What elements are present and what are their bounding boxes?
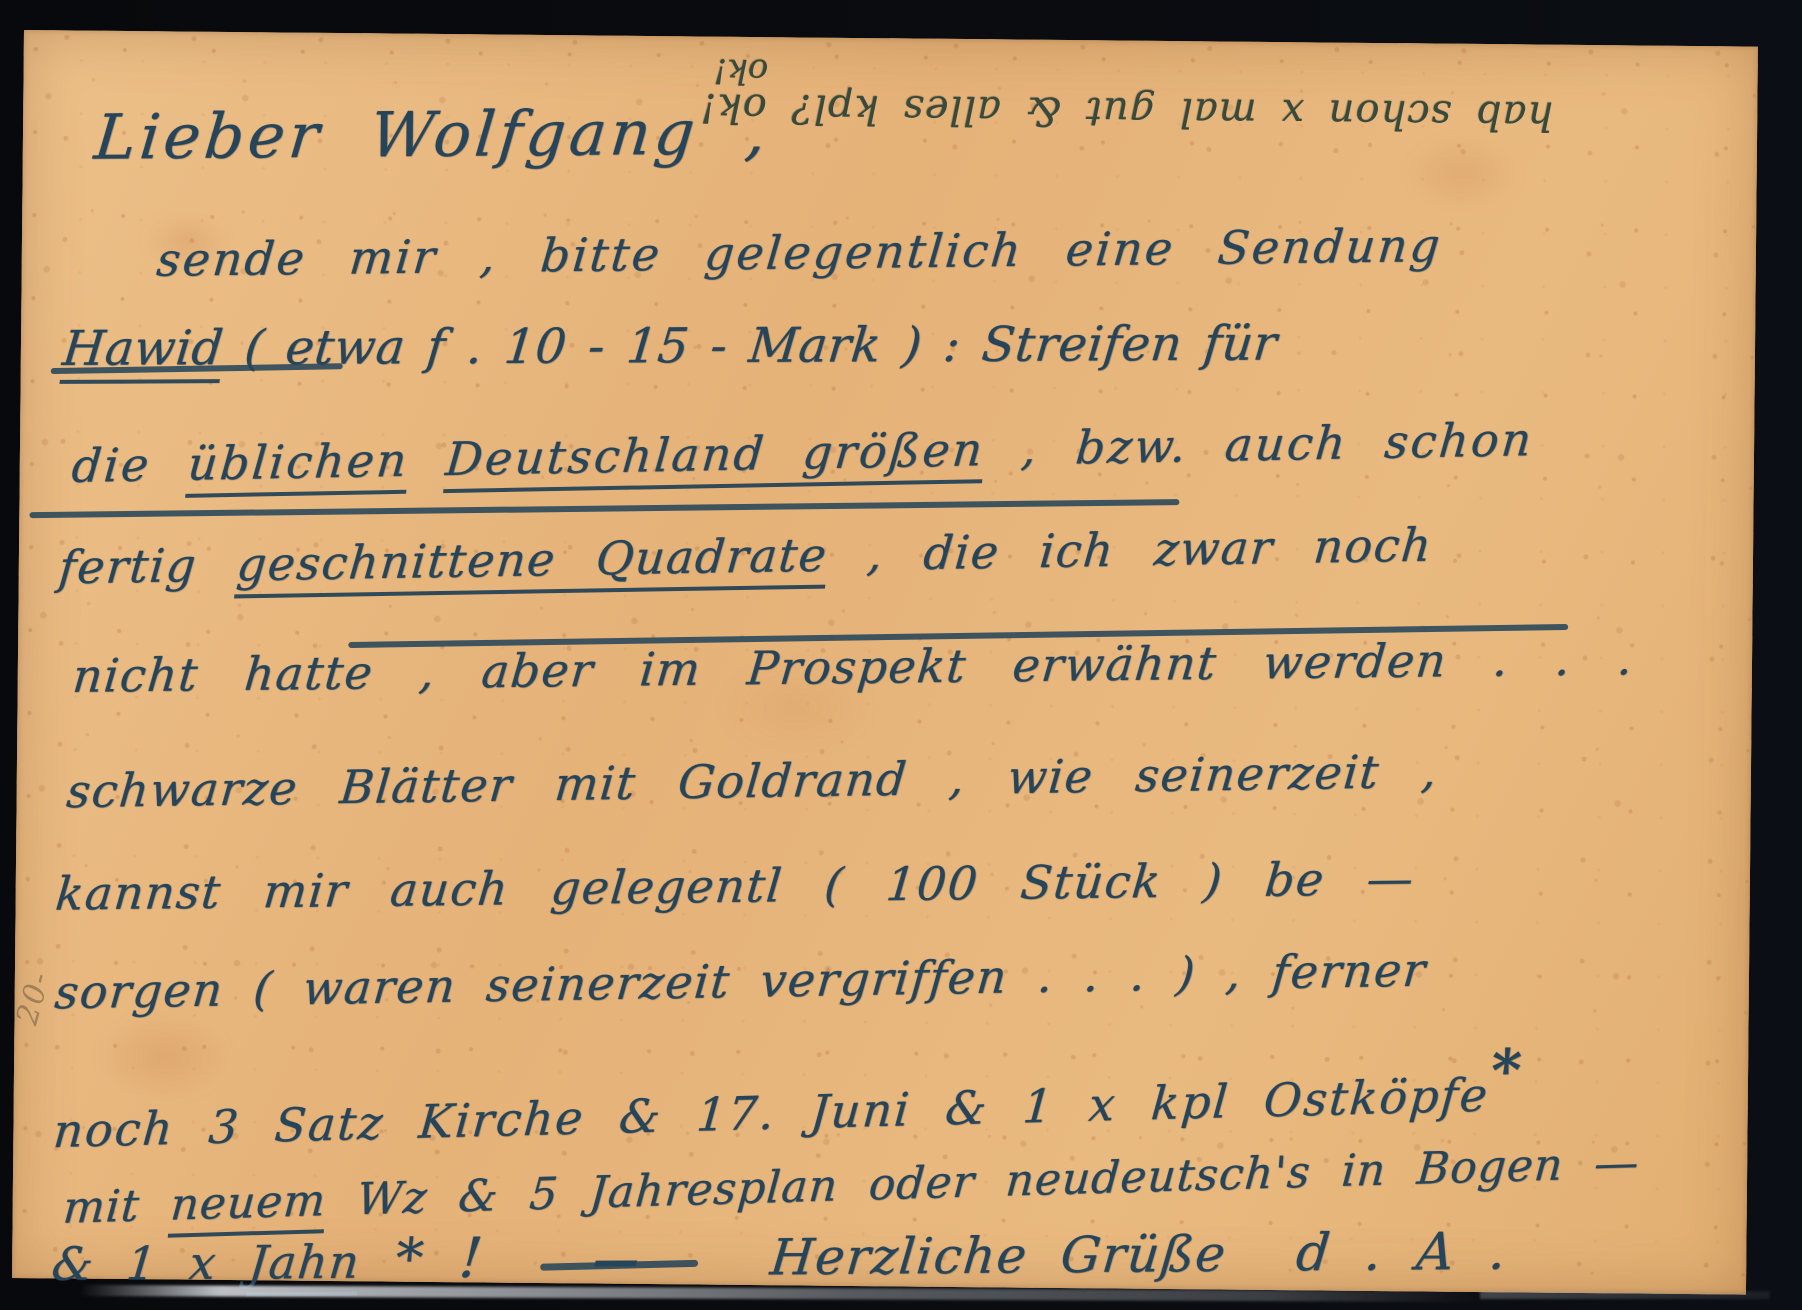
line-segment: , bzw. auch schon — [982, 412, 1536, 476]
line-segment: fertig — [57, 537, 240, 594]
asterisk-mark: * — [1488, 1036, 1525, 1105]
line-segment: schwarze Blätter mit Goldrand , wie sein… — [64, 744, 1440, 818]
line-segment: noch 3 Satz Kirche & 17. Juni & 1 x kpl … — [51, 1068, 1491, 1158]
line-segment — [406, 432, 448, 487]
sleeve-reflection-dim — [1480, 1291, 1770, 1299]
letter-line-9: noch 3 Satz Kirche & 17. Juni & 1 x kpl … — [51, 1056, 1524, 1161]
line-segment: ( etwa f . 10 - 15 - Mark ) : Streifen f… — [220, 316, 1280, 377]
closing-dash: — — [590, 1232, 643, 1286]
letter-line-7: kannst mir auch gelegentl ( 100 Stück ) … — [53, 851, 1417, 920]
underlined-phrase-geschnittene-quadrate: geschnittene Quadrate — [234, 528, 830, 599]
closing-words: Herzliche Grüße — [768, 1225, 1230, 1287]
underlined-word-ueblichen: üblichen — [185, 433, 411, 498]
line-segment: kannst mir auch gelegentl ( 100 Stück ) … — [53, 851, 1417, 920]
letter-line-3: die üblichen Deutschland größen , bzw. a… — [70, 412, 1536, 493]
letter-line-6: schwarze Blätter mit Goldrand , wie sein… — [64, 744, 1440, 818]
paper-stain — [1402, 133, 1523, 214]
postcard: ok! hab schon x mal gut & alles kpl? ok!… — [12, 30, 1758, 1295]
pencil-mark: 20- — [10, 967, 58, 1029]
signature: d . A . — [1294, 1222, 1510, 1284]
line-segment: Wz & 5 Jahresplan oder neudeutsch's in B… — [324, 1137, 1641, 1226]
letter-line-5: nicht hatte , aber im Prospekt erwähnt w… — [70, 631, 1636, 703]
line-segment: & 1 x — [49, 1235, 251, 1291]
line-segment: , die ich zwar noch — [825, 518, 1435, 582]
letter-line-4: fertig geschnittene Quadrate , die ich z… — [57, 518, 1435, 595]
line-segment: * ! — [357, 1227, 486, 1292]
underline-stroke-long-sweep — [29, 499, 1179, 518]
line-segment: nicht hatte , aber im Prospekt erwähnt w… — [70, 631, 1636, 703]
underlined-phrase-deutschland-groessen: Deutschland größen — [443, 422, 987, 493]
greeting-line: Lieber Wolfgang , — [91, 95, 773, 173]
upside-down-note: hab schon x mal gut & alles kpl? ok! — [723, 85, 1553, 139]
letter-line-1: sende mir , bitte gelegentlich eine Send… — [154, 218, 1444, 287]
underlined-word-hawid: Hawid — [59, 320, 225, 384]
line-segment: sorgen ( waren seinerzeit vergriffen . .… — [53, 943, 1429, 1020]
line-segment: mit — [61, 1180, 172, 1234]
line-segment: die — [70, 437, 191, 493]
line-segment: sende mir , bitte gelegentlich eine Send… — [154, 218, 1444, 287]
letter-line-8: sorgen ( waren seinerzeit vergriffen . .… — [53, 943, 1429, 1020]
letter-line-11: & 1 x Jahn * !—Herzliche Grüßed . A . — [49, 1219, 1510, 1294]
